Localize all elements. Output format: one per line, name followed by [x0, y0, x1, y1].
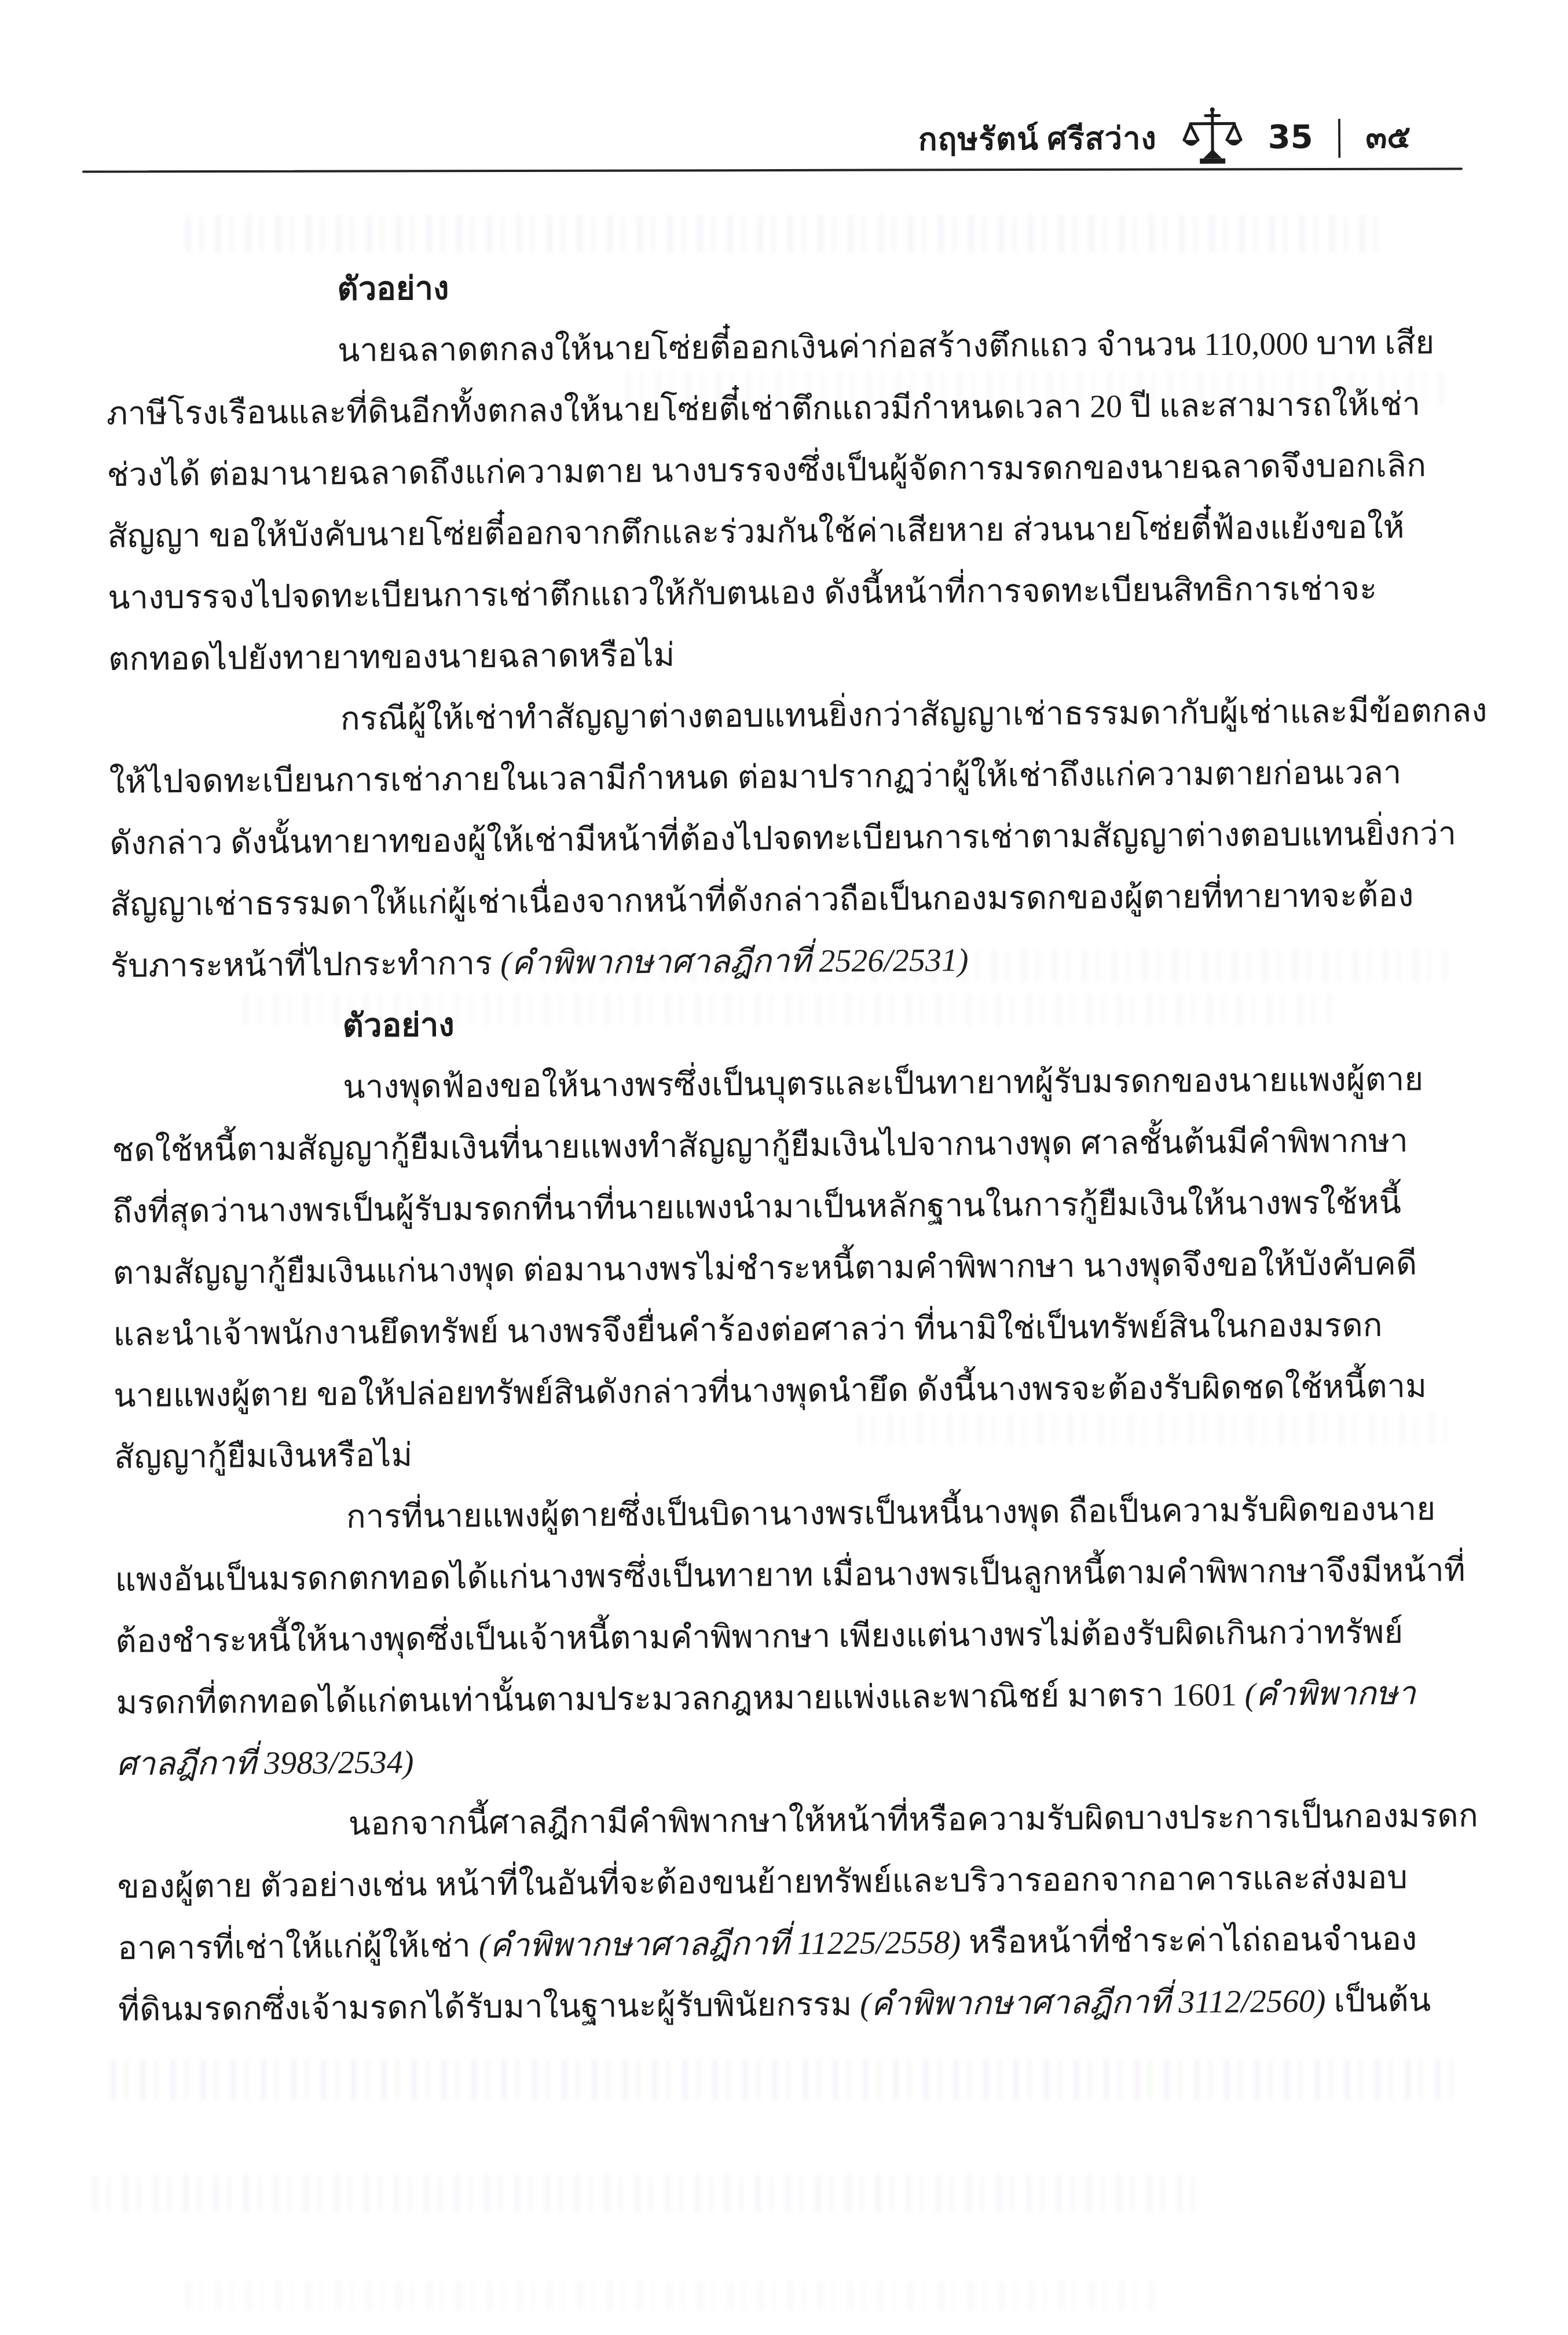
- text-line: ตกทอดไปยังทายาทของนายฉลาดหรือไม่: [108, 619, 1470, 690]
- text-run: นอกจากนี้ศาลฎีกามีคำพิพากษาให้หน้าที่หรื…: [349, 1798, 1478, 1842]
- bleedthrough-band: [185, 2281, 1158, 2311]
- text-line: ให้ไปจดทะเบียนการเช่าภายในเวลามีกำหนด ต่…: [109, 742, 1470, 813]
- text-line: ภาษีโรงเรือนและที่ดินอีกทั้งตกลงให้นายโซ…: [107, 374, 1468, 445]
- page-number-arabic: 35: [1267, 118, 1313, 156]
- citation-run: (คำพิพากษา: [1245, 1675, 1416, 1712]
- text-line: สัญญาเช่าธรรมดาให้แก่ผู้เช่าเนื่องจากหน้…: [110, 865, 1471, 936]
- text-run: สัญญากู้ยืมเงินหรือไม่: [114, 1437, 413, 1476]
- bleedthrough-band: [185, 215, 1390, 252]
- text-run: สัญญา ขอให้บังคับนายโซ่ยตี๋ออกจากตึกและร…: [107, 510, 1404, 555]
- text-run: มรดกที่ตกทอดได้แก่ตนเท่านั้นตามประมวลกฎห…: [116, 1677, 1245, 1721]
- text-line: ตามสัญญากู้ยืมเงินแก่นางพุด ต่อมานางพรไม…: [112, 1233, 1474, 1304]
- text-run: ภาษีโรงเรือนและที่ดินอีกทั้งตกลงให้นายโซ…: [107, 386, 1420, 432]
- text-run: ช่วงได้ ต่อมานายฉลาดถึงแก่ความตาย นางบรร…: [107, 448, 1426, 493]
- text-run: และนำเจ้าพนักงานยึดทรัพย์ นางพรจึงยื่นคำ…: [113, 1308, 1382, 1353]
- text-line: นายฉลาดตกลงให้นายโซ่ยตี๋ออกเงินค่าก่อสร้…: [106, 312, 1467, 383]
- text-line: กรณีผู้ให้เช่าทำสัญญาต่างตอบแทนยิ่งกว่าส…: [108, 680, 1470, 752]
- text-line: ถึงที่สุดว่านางพรเป็นผู้รับมรดกที่นาที่น…: [112, 1172, 1474, 1243]
- page-number-thai: ๓๕: [1365, 112, 1411, 162]
- text-block: ตัวอย่างนายฉลาดตกลงให้นายโซ่ยตี๋ออกเงินค…: [105, 251, 1479, 2041]
- text-line: สัญญา ขอให้บังคับนายโซ่ยตี๋ออกจากตึกและร…: [107, 496, 1468, 568]
- text-line: สัญญากู้ยืมเงินหรือไม่: [114, 1417, 1475, 1488]
- text-line: มรดกที่ตกทอดได้แก่ตนเท่านั้นตามประมวลกฎห…: [116, 1663, 1477, 1734]
- text-line: ดังกล่าว ดังนั้นทายาทของผู้ให้เช่ามีหน้า…: [109, 803, 1471, 874]
- text-line: ต้องชำระหนี้ให้นางพุดซึ่งเป็นเจ้าหนี้ตาม…: [115, 1601, 1477, 1672]
- text-run: การที่นายแพงผู้ตายซึ่งเป็นบิดานางพรเป็นห…: [346, 1491, 1436, 1535]
- text-run: ต้องชำระหนี้ให้นางพุดซึ่งเป็นเจ้าหนี้ตาม…: [115, 1615, 1403, 1660]
- text-run: ดังกล่าว ดังนั้นทายาทของผู้ให้เช่ามีหน้า…: [109, 816, 1456, 862]
- text-run: นางพุดฟ้องขอให้นางพรซึ่งเป็นบุตรและเป็นท…: [343, 1062, 1423, 1106]
- citation-run: ศาลฎีกาที่ 3983/2534): [116, 1744, 414, 1783]
- text-line: แพงอันเป็นมรดกตกทอดได้แก่นางพรซึ่งเป็นทา…: [115, 1540, 1476, 1611]
- citation-run: (คำพิพากษาศาลฎีกาที่ 11225/2558): [479, 1924, 961, 1964]
- book-page: กฤษรัตน์ ศรีสว่าง 35 | ๓๕ ตัวอย่างนายฉลา…: [0, 0, 1568, 2335]
- text-run: สัญญาเช่าธรรมดาให้แก่ผู้เช่าเนื่องจากหน้…: [110, 877, 1414, 923]
- text-line: นางบรรจงไปจดทะเบียนการเช่าตึกแถวให้กับตน…: [108, 558, 1469, 629]
- text-run: ชดใช้หนี้ตามสัญญากู้ยืมเงินที่นายแพงทำสั…: [112, 1123, 1408, 1169]
- text-run: อาคารที่เช่าให้แก่ผู้ให้เช่า: [118, 1928, 479, 1967]
- page-number-divider: |: [1335, 113, 1343, 156]
- text-run: รับภาระหน้าที่ไปกระทำการ: [111, 946, 501, 984]
- example-heading: ตัวอย่าง: [111, 987, 1472, 1059]
- text-line: และนำเจ้าพนักงานยึดทรัพย์ นางพรจึงยื่นคำ…: [113, 1294, 1474, 1366]
- text-line: ที่ดินมรดกซึ่งเจ้ามรดกได้รับมาในฐานะผู้ร…: [118, 1970, 1479, 2041]
- text-line: ชดใช้หนี้ตามสัญญากู้ยืมเงินที่นายแพงทำสั…: [112, 1110, 1473, 1181]
- page-header: กฤษรัตน์ ศรีสว่าง 35 | ๓๕: [918, 102, 1411, 174]
- text-run: ของผู้ตาย ตัวอย่างเช่น หน้าที่ในอันที่จะ…: [117, 1860, 1408, 1905]
- text-line: นางพุดฟ้องขอให้นางพรซึ่งเป็นบุตรและเป็นท…: [111, 1049, 1472, 1120]
- citation-run: (คำพิพากษาศาลฎีกาที่ 3112/2560): [860, 1983, 1326, 2023]
- text-line: การที่นายแพงผู้ตายซึ่งเป็นบิดานางพรเป็นห…: [115, 1478, 1476, 1550]
- text-line: นายแพงผู้ตาย ขอให้ปล่อยทรัพย์สินดังกล่าว…: [113, 1356, 1475, 1427]
- bleedthrough-band: [110, 2059, 1459, 2100]
- text-line: ของผู้ตาย ตัวอย่างเช่น หน้าที่ในอันที่จะ…: [117, 1847, 1478, 1918]
- text-line: อาคารที่เช่าให้แก่ผู้ให้เช่า (คำพิพากษาศ…: [118, 1908, 1479, 1979]
- text-run: แพงอันเป็นมรดกตกทอดได้แก่นางพรซึ่งเป็นทา…: [115, 1553, 1465, 1598]
- text-run: กรณีผู้ให้เช่าทำสัญญาต่างตอบแทนยิ่งกว่าส…: [340, 693, 1488, 738]
- text-run: นายฉลาดตกลงให้นายโซ่ยตี๋ออกเงินค่าก่อสร้…: [338, 325, 1435, 369]
- text-line: ศาลฎีกาที่ 3983/2534): [116, 1724, 1478, 1795]
- text-run: ถึงที่สุดว่านางพรเป็นผู้รับมรดกที่นาที่น…: [112, 1185, 1401, 1230]
- text-run: หรือหน้าที่ชำระค่าไถ่ถอนจำนอง: [961, 1921, 1417, 1960]
- example-heading: ตัวอย่าง: [105, 251, 1467, 322]
- text-run: นายแพงผู้ตาย ขอให้ปล่อยทรัพย์สินดังกล่าว…: [113, 1368, 1427, 1414]
- bleedthrough-band: [93, 2175, 1204, 2212]
- text-line: ช่วงได้ ต่อมานายฉลาดถึงแก่ความตาย นางบรร…: [107, 435, 1468, 506]
- citation-run: (คำพิพากษาศาลฎีกาที่ 2526/2531): [500, 942, 969, 982]
- text-run: นางบรรจงไปจดทะเบียนการเช่าตึกแถวให้กับตน…: [108, 571, 1377, 616]
- author-name: กฤษรัตน์ ศรีสว่าง: [918, 113, 1156, 164]
- scales-of-justice-icon: [1182, 104, 1243, 171]
- text-run: ตกทอดไปยังทายาทของนายฉลาดหรือไม่: [108, 638, 675, 678]
- text-run: ตามสัญญากู้ยืมเงินแก่นางพุด ต่อมานางพรไม…: [113, 1246, 1417, 1291]
- text-run: ที่ดินมรดกซึ่งเจ้ามรดกได้รับมาในฐานะผู้ร…: [118, 1987, 860, 2028]
- text-run: เป็นต้น: [1325, 1982, 1431, 2019]
- text-line: นอกจากนี้ศาลฎีกามีคำพิพากษาให้หน้าที่หรื…: [116, 1785, 1478, 1857]
- text-line: รับภาระหน้าที่ไปกระทำการ (คำพิพากษาศาลฎี…: [111, 926, 1472, 997]
- text-run: ให้ไปจดทะเบียนการเช่าภายในเวลามีกำหนด ต่…: [109, 755, 1401, 800]
